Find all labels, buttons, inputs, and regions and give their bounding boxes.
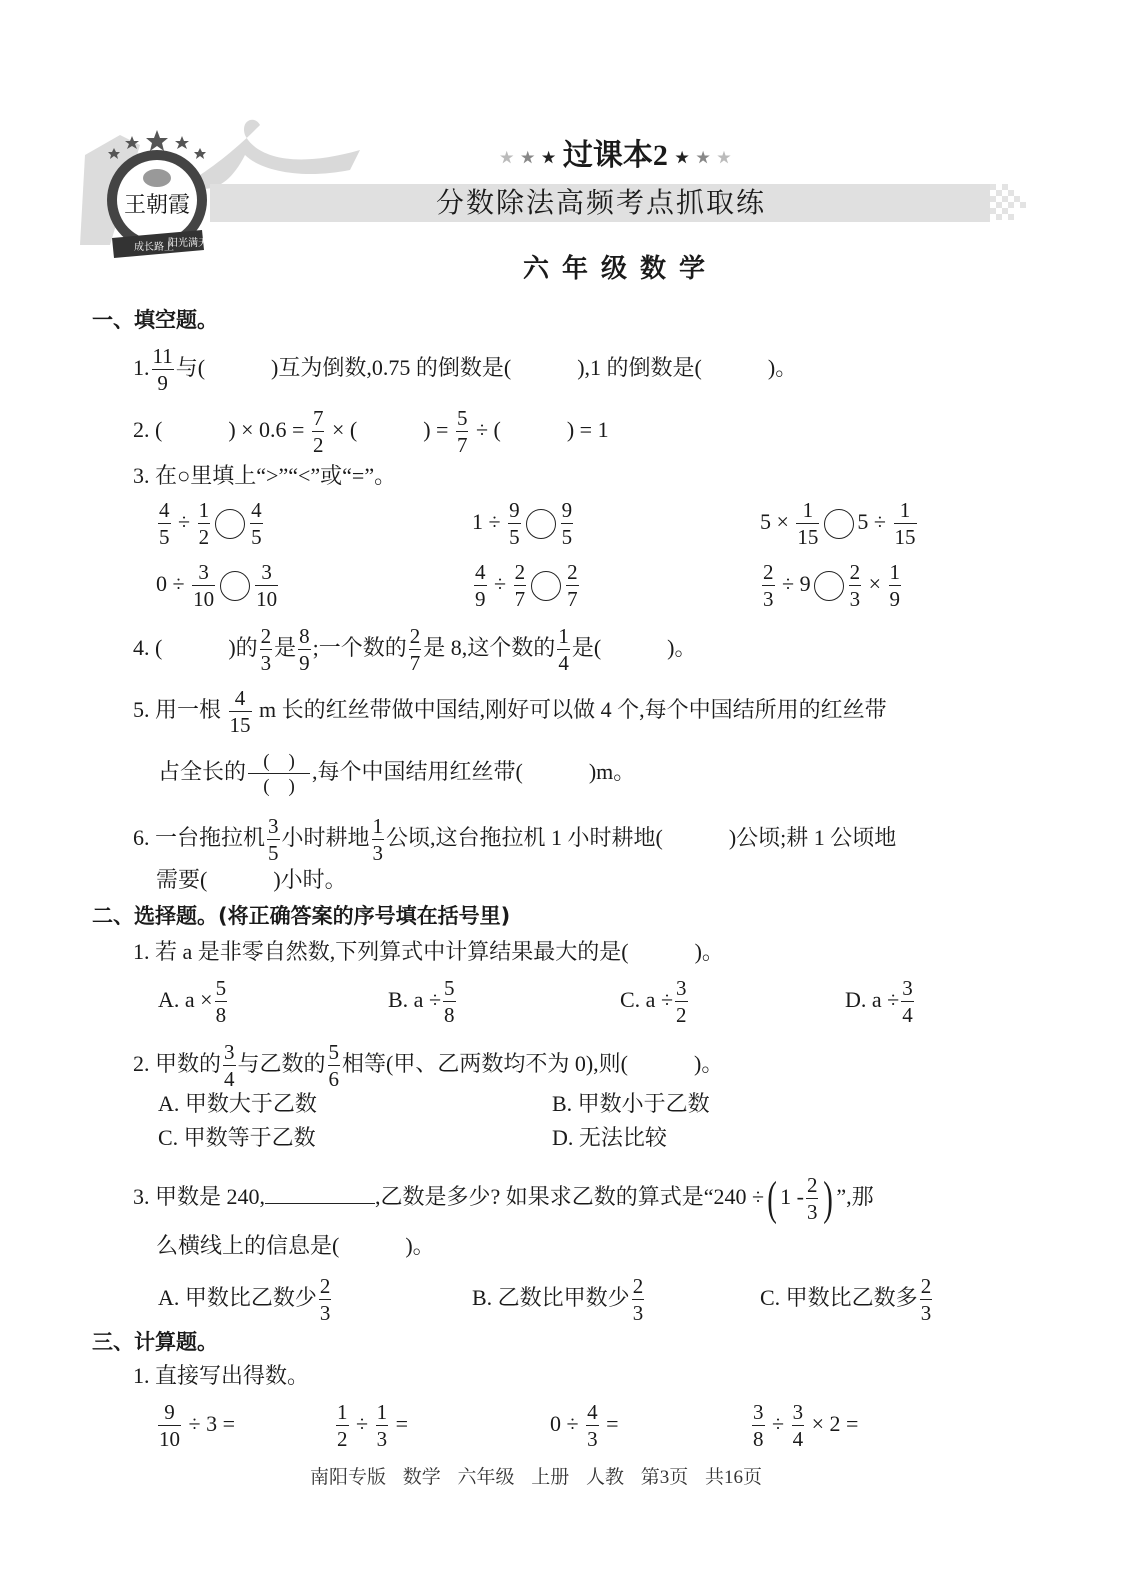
star-icon: ★ [696, 151, 709, 167]
series-title: ★ ★ ★ 过课本2 ★ ★ ★ [500, 130, 731, 174]
publisher-logo: 王朝霞 成长路上 阳光满天 [102, 128, 212, 268]
option-b[interactable]: B. 甲数小于乙数 [552, 1090, 710, 1118]
page-footer: 南阳专版 数学 六年级 上册 人教 第3页 共16页 [310, 1462, 762, 1489]
star-icon: ★ [717, 151, 730, 167]
checker-pattern-decoration [990, 184, 1040, 222]
calc-item: 910 ÷ 3 = [156, 1402, 235, 1450]
svg-text:阳光满天: 阳光满天 [168, 236, 208, 249]
star-icon: ★ [675, 151, 688, 167]
compare-item: 45 ÷ 1245 [156, 500, 265, 548]
question-choice-2: 2. 甲数的34与乙数的56相等(甲、乙两数均不为 0),则( )。 [133, 1042, 723, 1090]
compare-circle-input[interactable] [220, 571, 250, 601]
option-c[interactable]: C. 甲数比乙数多23 [760, 1276, 934, 1324]
compare-circle-input[interactable] [526, 509, 556, 539]
calc-item: 0 ÷ 43 = [550, 1402, 619, 1450]
answer-blank-line[interactable] [265, 1183, 375, 1204]
compare-circle-input[interactable] [814, 571, 844, 601]
section-title-fill: 一、填空题。 [92, 304, 218, 334]
series-title-text: 过课本2 [563, 139, 668, 172]
question-fill-6: 6. 一台拖拉机35小时耕地13公顷,这台拖拉机 1 小时耕地( )公顷;耕 1… [133, 816, 896, 864]
question-fill-4: 4. ( )的23是89;一个数的27是 8,这个数的14是( )。 [133, 626, 696, 674]
option-a[interactable]: A. 甲数大于乙数 [158, 1090, 317, 1118]
star-icon: ★ [521, 151, 534, 167]
worksheet-title: 分数除法高频考点抓取练 [436, 184, 766, 222]
question-fill-5-cont: 占全长的( )( ),每个中国结用红丝带( )m。 [158, 752, 635, 796]
question-fill-3-title: 3. 在○里填上“>”“<”或“=”。 [133, 462, 396, 490]
compare-item: 23 ÷ 923 × 19 [760, 562, 903, 610]
question-calc-1-title: 1. 直接写出得数。 [133, 1362, 309, 1390]
question-choice-1: 1. 若 a 是非零自然数,下列算式中计算结果最大的是( )。 [133, 938, 724, 966]
compare-circle-input[interactable] [531, 571, 561, 601]
question-choice-3-cont: 么横线上的信息是( )。 [156, 1232, 435, 1260]
compare-item: 49 ÷ 2727 [472, 562, 581, 610]
question-fill-2: 2. ( ) × 0.6 = 72 × ( ) = 57 ÷ ( ) = 1 [133, 408, 609, 456]
option-a[interactable]: A. a ×58 [158, 978, 229, 1026]
question-fill-5: 5. 用一根 415 m 长的红丝带做中国结,刚好可以做 4 个,每个中国结所用… [133, 688, 887, 736]
question-fill-1: 1.119与( )互为倒数,0.75 的倒数是( ),1 的倒数是( )。 [133, 346, 797, 394]
compare-item: 5 × 1155 ÷ 115 [760, 500, 919, 548]
star-icon: ★ [542, 151, 555, 167]
option-d[interactable]: D. 无法比较 [552, 1124, 667, 1152]
option-b[interactable]: B. 乙数比甲数少23 [472, 1276, 646, 1324]
grade-subject-subtitle: 六年级数学 [523, 248, 718, 285]
option-a[interactable]: A. 甲数比乙数少23 [158, 1276, 333, 1324]
option-b[interactable]: B. a ÷58 [388, 978, 458, 1026]
calc-item: 38 ÷ 34 × 2 = [750, 1402, 858, 1450]
svg-text:王朝霞: 王朝霞 [124, 193, 190, 218]
option-c[interactable]: C. a ÷32 [620, 978, 690, 1026]
compare-circle-input[interactable] [215, 509, 245, 539]
compare-circle-input[interactable] [824, 509, 854, 539]
compare-item: 1 ÷ 9595 [472, 500, 575, 548]
star-icon: ★ [500, 151, 513, 167]
section-title-choice: 二、选择题。(将正确答案的序号填在括号里) [92, 900, 510, 930]
question-fill-6-cont: 需要( )小时。 [156, 866, 347, 894]
question-choice-3: 3. 甲数是 240,,乙数是多少? 如果求乙数的算式是“240 ÷(1 -23… [133, 1175, 874, 1223]
option-d[interactable]: D. a ÷34 [845, 978, 916, 1026]
section-title-calc: 三、计算题。 [92, 1326, 218, 1356]
compare-item: 0 ÷ 310310 [156, 562, 280, 610]
option-c[interactable]: C. 甲数等于乙数 [158, 1124, 316, 1152]
calc-item: 12 ÷ 13 = [334, 1402, 408, 1450]
